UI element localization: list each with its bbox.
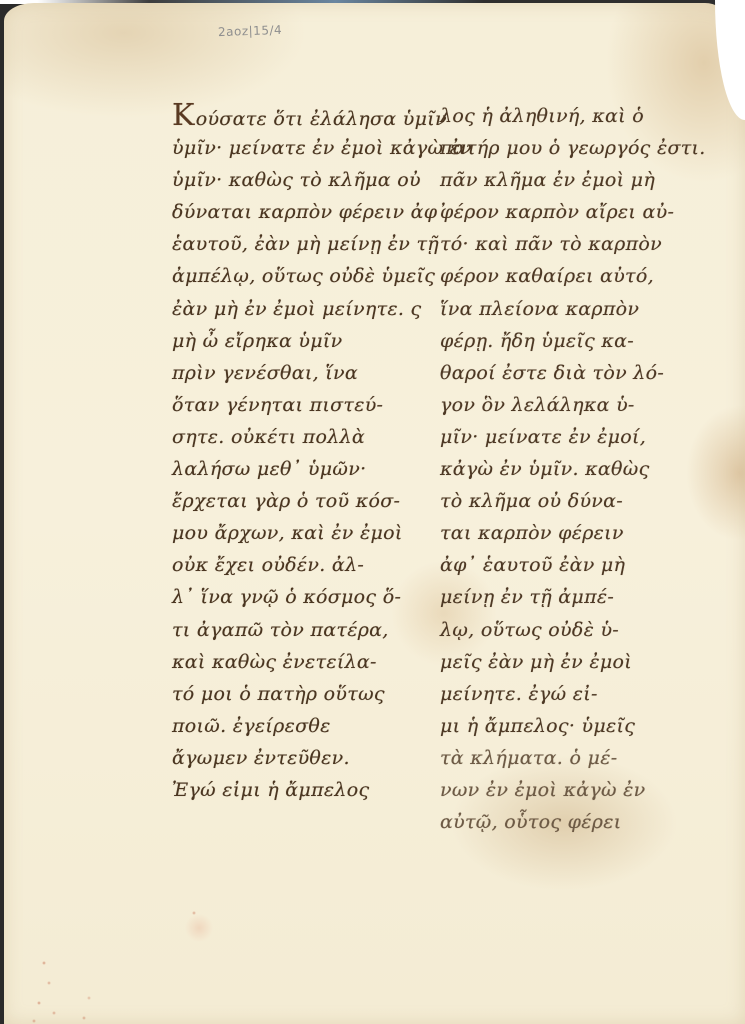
text-line: λ᾽ ἵνα γνῷ ὁ κόσμος ὅ- (172, 581, 412, 613)
text-line: μου ἄρχων, καὶ ἐν ἐμοὶ (172, 517, 412, 549)
text-line: πατήρ μου ὁ γεωργός ἐστι. (440, 132, 690, 164)
text-line: ἄγωμεν ἐντεῦθεν. (172, 742, 412, 774)
text-line: ἔρχεται γὰρ ὁ τοῦ κόσ- (172, 485, 412, 517)
manuscript-scan: 2aoz|15/4 Κούσατε ὅτι ἐλάλησα ὑμῖν ὑμῖν·… (0, 0, 745, 1024)
text-line: ὅταν γένηται πιστεύ- (172, 389, 412, 421)
text-line: ἀφ᾽ ἑαυτοῦ ἐὰν μὴ (440, 549, 690, 581)
text-line: πρὶν γενέσθαι, ἵνα (172, 357, 412, 389)
text-line: λῳ, οὕτως οὐδὲ ὑ- (440, 614, 690, 646)
shelfmark-annotation: 2aoz|15/4 (218, 23, 283, 39)
text-line: λος ἡ ἀληθινή, καὶ ὁ (440, 100, 690, 132)
text-line: ὑμῖν· μείνατε ἐν ἐμοὶ κἀγὼ ἐν (172, 132, 412, 164)
text-line: λαλήσω μεθ᾽ ὑμῶν· (172, 453, 412, 485)
text-line: ποιῶ. ἐγείρεσθε (172, 710, 412, 742)
text-line: αὐτῷ, οὗτος φέρει (440, 806, 690, 838)
left-text-column: Κούσατε ὅτι ἐλάλησα ὑμῖν ὑμῖν· μείνατε ἐ… (172, 100, 412, 806)
text-line: μὴ ὦ εἴρηκα ὑμῖν (172, 325, 412, 357)
text-line: καὶ καθὼς ἐνετείλα- (172, 646, 412, 678)
text-line: τι ἀγαπῶ τὸν πατέρα, (172, 614, 412, 646)
text-line: ὑμῖν· καθὼς τὸ κλῆμα οὐ (172, 164, 412, 196)
text-line: μῖν· μείνατε ἐν ἐμοί, (440, 421, 690, 453)
text-line: κἀγὼ ἐν ὑμῖν. καθὼς (440, 453, 690, 485)
text-line: φέρον καθαίρει αὐτό, (440, 260, 690, 292)
text-line: ἐὰν μὴ ἐν ἐμοὶ μείνητε. ς (172, 293, 412, 325)
text-line: πᾶν κλῆμα ἐν ἐμοὶ μὴ (440, 164, 690, 196)
text-line: μι ἡ ἄμπελος· ὑμεῖς (440, 710, 690, 742)
right-text-column: λος ἡ ἀληθινή, καὶ ὁ πατήρ μου ὁ γεωργός… (440, 100, 690, 838)
text-line: γον ὃν λελάληκα ὑ- (440, 389, 690, 421)
text-line: μεῖς ἐὰν μὴ ἐν ἐμοὶ (440, 646, 690, 678)
text-line: φέρῃ. ἤδη ὑμεῖς κα- (440, 325, 690, 357)
text-line: τὰ κλήματα. ὁ μέ- (440, 742, 690, 774)
text-line: μείνῃ ἐν τῇ ἀμπέ- (440, 581, 690, 613)
text-line: τὸ κλῆμα οὐ δύνα- (440, 485, 690, 517)
text-line: θαροί ἐστε διὰ τὸν λό- (440, 357, 690, 389)
text-line: φέρον καρπὸν αἴρει αὐ- (440, 196, 690, 228)
initial-letter: Κ (172, 98, 195, 133)
text-line: δύναται καρπὸν φέρειν ἀφ᾽ (172, 196, 412, 228)
line-text: ούσατε ὅτι ἐλάλησα ὑμῖν (196, 108, 447, 130)
text-line: ἀμπέλῳ, οὕτως οὐδὲ ὑμεῖς (172, 260, 412, 292)
text-line: νων ἐν ἐμοὶ κἀγὼ ἐν (440, 774, 690, 806)
text-line: τό· καὶ πᾶν τὸ καρπὸν (440, 228, 690, 260)
text-line: ἑαυτοῦ, ἐὰν μὴ μείνῃ ἐν τῇ (172, 228, 412, 260)
text-line: Κούσατε ὅτι ἐλάλησα ὑμῖν (172, 100, 412, 132)
text-line: ται καρπὸν φέρειν (440, 517, 690, 549)
text-line: μείνητε. ἐγώ εἰ- (440, 678, 690, 710)
text-line: Ἐγώ εἰμι ἡ ἄμπελος (172, 774, 412, 806)
text-line: σητε. οὐκέτι πολλὰ (172, 421, 412, 453)
text-line: ἵνα πλείονα καρπὸν (440, 293, 690, 325)
text-line: οὐκ ἔχει οὐδέν. ἀλ- (172, 549, 412, 581)
foxing-stains (14, 903, 214, 1024)
text-line: τό μοι ὁ πατὴρ οὕτως (172, 678, 412, 710)
